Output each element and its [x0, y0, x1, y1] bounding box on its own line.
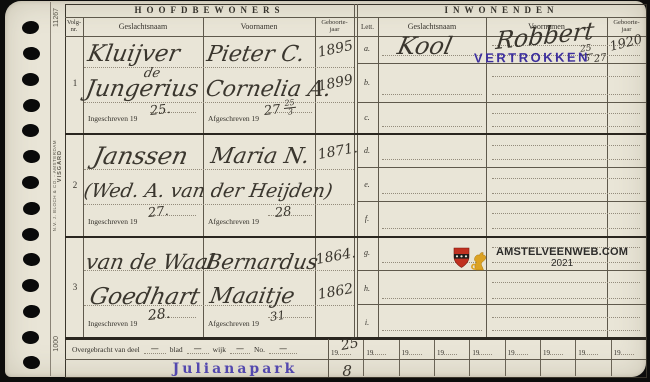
- row-letter: d.: [360, 146, 374, 155]
- afgeschreven-label: Afgeschreven 19: [208, 319, 259, 328]
- hw-surname: Goedhart: [87, 284, 202, 310]
- empty-cell: [540, 360, 575, 376]
- grid-line: [357, 304, 646, 305]
- year-cell: 19: [575, 340, 610, 359]
- punch-hole: [22, 124, 39, 137]
- no-label: No.: [254, 345, 265, 354]
- punch-hole: [22, 228, 39, 241]
- grid-line: [203, 17, 204, 338]
- col-header-volgnr: Volg- nr.: [65, 19, 83, 33]
- street-name-stamp: Julianapark: [150, 361, 320, 377]
- grid-line: [83, 17, 84, 338]
- entry-line: [382, 126, 482, 127]
- year-prefix: 19: [614, 349, 621, 357]
- transfer-blank: —: [230, 344, 250, 354]
- year-prefix: 19: [366, 349, 373, 357]
- entry-line: [492, 145, 640, 146]
- hw-ingeschreven-year: 25.: [149, 102, 171, 119]
- group-separator-line: [65, 236, 646, 238]
- col-header-volgnr-line2: nr.: [71, 26, 78, 33]
- col-header-firstnames-left: Voornamen: [203, 23, 315, 31]
- hw-dash: —: [236, 344, 244, 353]
- entry-line: [492, 298, 640, 299]
- entry-line: [492, 159, 640, 160]
- serial-number-bottom: 1000: [53, 336, 60, 352]
- empty-cell: [575, 360, 610, 376]
- ingeschreven-label: Ingeschreven 19: [88, 217, 137, 226]
- hw-firstnames: Pieter C.: [205, 42, 307, 67]
- hw-ingeschreven-year: 28.: [147, 306, 171, 324]
- row-letter: c.: [360, 113, 374, 122]
- row-letter: b.: [360, 78, 374, 87]
- entry-line: [382, 193, 482, 194]
- col-header-volgnr-line1: Volg-: [67, 19, 81, 26]
- afgeschreven-label: Afgeschreven 19: [208, 114, 259, 123]
- hw-dash: —: [279, 344, 287, 353]
- watermark: AMSTELVEENWEB.COM 2021: [452, 246, 628, 272]
- watermark-site: AMSTELVEENWEB.COM: [496, 246, 628, 258]
- empty-cell: [469, 360, 504, 376]
- year-blank: [409, 346, 422, 355]
- empty-cell: [434, 360, 469, 376]
- hw-afgeschreven-year: 27: [263, 102, 281, 119]
- address-row-cells: 8: [329, 360, 646, 376]
- year-blank: [621, 346, 634, 355]
- year-cell: 19: [505, 340, 540, 359]
- entry-line: [492, 126, 640, 127]
- col-header-birthyear-left-line1: Geboorte-: [321, 19, 347, 26]
- grid-line: [65, 17, 646, 18]
- hw-firstnames: Bernardus: [204, 250, 320, 274]
- grid-line: [357, 167, 646, 168]
- row-letter: e.: [360, 180, 374, 189]
- year-prefix: 19: [437, 349, 444, 357]
- year-prefix: 19: [578, 349, 585, 357]
- entry-line: [382, 228, 482, 229]
- grid-line: [378, 17, 379, 338]
- hw-surname: Jungerius: [84, 76, 201, 102]
- group-number: 1: [69, 78, 81, 88]
- house-number-cell: 8: [329, 360, 363, 376]
- printer-address: N.V. J. BLOCH & CO. - AMSTERDAM: [52, 140, 57, 231]
- col-header-birthyear-right-line2: jaar: [622, 26, 632, 33]
- hw-surname: Kluijver: [86, 41, 182, 67]
- col-header-birthyear-right-line1: Geboorte-: [613, 19, 639, 26]
- year-blank: [585, 346, 598, 355]
- hw-widow-note: (Wed. A. van der Heijden): [82, 180, 334, 202]
- hw-firstnames: Maaitje: [208, 284, 297, 309]
- hw-date-denominator: 3: [284, 108, 297, 117]
- hw-afgeschreven-year: 31: [269, 308, 286, 324]
- name-underline: [84, 204, 354, 205]
- transfer-label: Overgebracht van deel: [72, 345, 140, 354]
- hw-departure-year: 27: [593, 52, 607, 65]
- entry-line: [382, 298, 482, 299]
- year-cell: 19: [611, 340, 646, 359]
- name-underline: [84, 102, 354, 103]
- entry-line: [382, 94, 482, 95]
- year-cell: 19: [399, 340, 434, 359]
- year-cell: 19: [540, 340, 575, 359]
- year-blank: [550, 346, 563, 355]
- section-divider-line: [357, 4, 358, 339]
- empty-cell: [611, 360, 646, 376]
- hw-transfer-year: 25: [340, 335, 360, 354]
- row-letter: g.: [360, 248, 374, 257]
- col-header-birthyear-left-line2: jaar: [330, 26, 340, 33]
- watermark-year: 2021: [496, 258, 628, 269]
- col-header-surname-left: Geslachtsnaam: [83, 23, 203, 31]
- blad-label: blad: [170, 345, 183, 354]
- year-prefix: 19: [508, 349, 515, 357]
- entry-line: [492, 76, 640, 77]
- year-blank: [479, 346, 492, 355]
- empty-cell: [505, 360, 540, 376]
- entry-line: [492, 94, 640, 95]
- entry-line: [492, 282, 640, 283]
- entry-line: [492, 193, 640, 194]
- right-section-title: INWONENDEN: [357, 5, 646, 15]
- wijk-label: wijk: [213, 345, 226, 354]
- left-section-title: HOOFDBEWONERS: [65, 5, 354, 15]
- entry-line: [492, 317, 640, 318]
- entry-line: [382, 330, 482, 331]
- afgeschreven-label: Afgeschreven 19: [208, 217, 259, 226]
- serial-number-top: 11267: [53, 8, 60, 27]
- transfer-blank: —: [144, 344, 166, 354]
- year-cell: 19 25: [329, 340, 363, 359]
- hw-house-number: 8: [342, 362, 352, 380]
- year-prefix: 19: [402, 349, 409, 357]
- row-letter: h.: [360, 284, 374, 293]
- hw-dash: —: [194, 344, 202, 353]
- grid-line: [357, 102, 646, 103]
- transfer-row: Overgebracht van deel — blad — wijk — No…: [72, 344, 324, 354]
- name-underline: [84, 67, 354, 68]
- hw-surname: van de Waal: [84, 250, 217, 274]
- watermark-text: AMSTELVEENWEB.COM 2021: [496, 246, 628, 269]
- vertrokken-stamp: VERTROKKEN: [474, 49, 590, 65]
- punch-hole: [22, 73, 39, 86]
- year-prefix: 19: [543, 349, 550, 357]
- hw-ingeschreven-year: 27.: [147, 204, 169, 221]
- entry-line: [492, 178, 640, 179]
- empty-cell: [399, 360, 434, 376]
- punch-hole: [22, 176, 39, 189]
- hw-dash: —: [151, 344, 159, 353]
- transfer-blank: —: [187, 344, 209, 354]
- hw-surname: Janssen: [91, 142, 191, 170]
- col-header-birthyear-right: Geboorte- jaar: [607, 19, 646, 33]
- year-cell: 19: [469, 340, 504, 359]
- row-letter: i.: [360, 318, 374, 327]
- entry-line: [382, 159, 482, 160]
- printer-name: VISGARD: [57, 150, 63, 182]
- empty-cell: [363, 360, 398, 376]
- col-header-birthyear-left: Geboorte- jaar: [315, 19, 354, 33]
- year-blank: [444, 346, 457, 355]
- col-header-lett: Lett.: [357, 23, 378, 31]
- row-letter: a.: [360, 44, 374, 53]
- grid-line: [315, 17, 316, 338]
- grid-line: [357, 201, 646, 202]
- section-divider-line: [354, 4, 355, 339]
- strip-divider-line: [50, 2, 51, 376]
- entry-line: [492, 228, 640, 229]
- punch-hole: [22, 279, 39, 292]
- group-number: 2: [69, 180, 81, 190]
- year-blank: [515, 346, 528, 355]
- amstelveen-crest-icon: [452, 246, 492, 272]
- entry-line: [492, 330, 640, 331]
- ingeschreven-label: Ingeschreven 19: [88, 319, 137, 328]
- group-separator-line: [65, 133, 646, 135]
- scanned-register-card: 11267 VISGARD N.V. J. BLOCH & CO. - AMST…: [0, 0, 650, 382]
- hw-firstnames: Maria N.: [209, 144, 312, 169]
- year-cell: 19: [363, 340, 398, 359]
- hw-afgeschreven-year: 28: [274, 204, 292, 221]
- year-prefix: 19: [331, 349, 338, 357]
- row-letter: f.: [360, 214, 374, 223]
- punch-hole: [22, 331, 39, 344]
- year-prefix: 19: [472, 349, 479, 357]
- entry-line: [492, 113, 640, 114]
- transfer-blank: —: [269, 344, 297, 354]
- group-number: 3: [69, 282, 81, 292]
- year-blank: [373, 346, 386, 355]
- ingeschreven-label: Ingeschreven 19: [88, 114, 137, 123]
- hw-afgeschreven-date: 25 3: [283, 99, 297, 117]
- col-header-surname-right: Geslachtsnaam: [378, 23, 486, 31]
- hw-surname: Kool: [395, 32, 455, 60]
- year-cells-row: 19 25 19 19 19 19 19 19 19 19: [329, 340, 646, 359]
- hw-firstnames: Cornelia A.: [204, 77, 333, 102]
- entry-line: [492, 213, 640, 214]
- year-cell: 19: [434, 340, 469, 359]
